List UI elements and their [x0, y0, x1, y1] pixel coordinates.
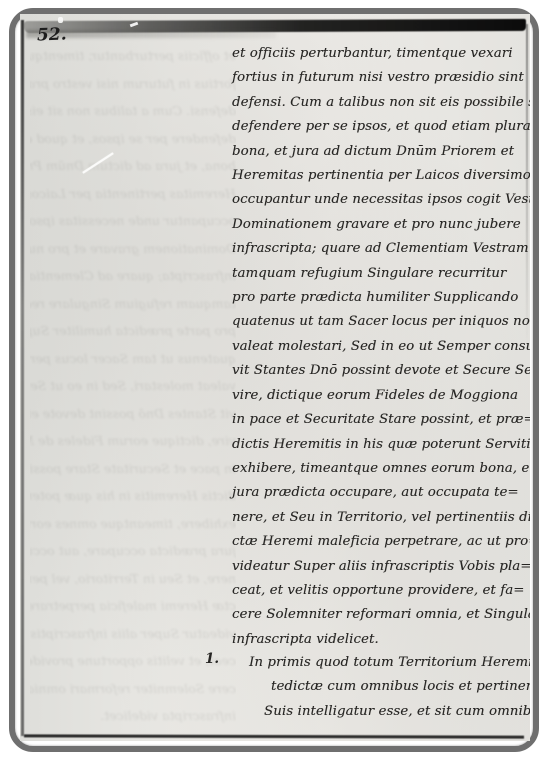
bleed-through-line: dictis Heremitis in his quæ poterunt Ser…	[30, 482, 236, 510]
text-line: cere Solemniter reformari omnia, et Sing…	[232, 603, 526, 627]
text-line: jura prædicta occupare, aut occupata te=	[232, 481, 526, 505]
item-text-line: Suis intelligatur esse, et sit cum omnib…	[264, 700, 527, 724]
text-line: ctæ Heremi maleficia perpetrare, ac ut p…	[232, 530, 526, 554]
text-line: valeat molestari, Sed in eo ut Semper co…	[232, 335, 526, 359]
bleed-through-line: Dominationem gravare et pro nunc jubere	[30, 235, 236, 263]
text-line: defensi. Cum a talibus non sit eis possi…	[232, 91, 526, 115]
bleed-through-line: infrascripta videlicet.	[30, 702, 236, 730]
text-line: pro parte prædicta humiliter Supplicando	[232, 286, 526, 310]
text-line: ceat, et velitis opportune providere, et…	[232, 579, 526, 603]
text-line: exhibere, timeantque omnes eorum bona, e…	[232, 457, 526, 481]
bleed-through-line: fortius in futurum nisi vestro præsidio …	[30, 70, 236, 98]
text-line: tamquam refugium Singulare recurritur	[232, 262, 526, 286]
bleed-through-line: occupantur unde necessitas ipsos cogit V…	[30, 207, 236, 235]
text-line: fortius in futurum nisi vestro præsidio …	[232, 66, 526, 90]
bleed-through-line: in pace et Securitate Stare possint, et …	[30, 455, 236, 483]
bleed-through-line: quatenus ut tam Sacer locus per iniquos …	[30, 345, 236, 373]
scratch-mark	[82, 152, 113, 173]
text-line: vire, dictique eorum Fideles de Moggiona	[232, 384, 526, 408]
bleed-through-line: pro parte prædicta humiliter Supplicando	[30, 317, 236, 345]
text-line: in pace et Securitate Stare possint, et …	[232, 408, 526, 432]
bleed-through-line: exhibere, timeantque omnes eorum bona, e…	[30, 510, 236, 538]
bleed-through-line: infrascripta; quare ad Clementiam Vestra…	[30, 262, 236, 290]
text-line: bona, et jura ad dictum Dnūm Priorem et	[232, 140, 526, 164]
text-line: Dominationem gravare et pro nunc jubere	[232, 213, 526, 237]
text-line: nere, et Seu in Territorio, vel pertinen…	[232, 506, 526, 530]
bleed-through-line: vit Stantes Dnō possint devote et Secure…	[30, 400, 236, 428]
item-text-line: In primis quod totum Territorium Heremi …	[249, 651, 527, 675]
page-left-edge-shadow	[21, 20, 24, 736]
bleed-through-line: jura prædicta occupare, aut occupata te=	[30, 537, 236, 565]
bleed-through-line: tamquam refugium Singulare recurritur	[30, 290, 236, 318]
item-text-line: tedictæ cum omnibus locis et pertinentii…	[271, 675, 527, 699]
bleed-through-line: videatur Super aliis infrascriptis Vobis…	[30, 620, 236, 648]
text-line: infrascripta videlicet.	[232, 628, 526, 652]
text-line: occupantur unde necessitas ipsos cogit V…	[232, 188, 526, 212]
page-number: 52.	[37, 24, 67, 45]
bleed-through-line: defensi. Cum a talibus non sit eis possi…	[30, 97, 236, 125]
bleed-through-line: et officiis perturbantur, timentque vexa…	[30, 42, 236, 70]
scratch-mark	[58, 17, 63, 23]
manuscript-text-block: et officiis perturbantur, timentque vexa…	[232, 42, 526, 652]
bleed-through-line: vire, dictique eorum Fideles de Moggiona	[30, 427, 236, 455]
page-right-crease	[526, 24, 528, 344]
page-bottom-edge-shadow	[24, 734, 524, 738]
text-line: defendere per se ipsos, et quod etiam pl…	[232, 115, 526, 139]
text-line: dictis Heremitis in his quæ poterunt Ser…	[232, 433, 526, 457]
bleed-through-text: et officiis perturbantur, timentque vexa…	[30, 42, 236, 734]
bleed-through-line: nere, et Seu in Territorio, vel pertinen…	[30, 565, 236, 593]
bleed-through-line: Heremitas pertinentia per Laicos diversi…	[30, 180, 236, 208]
bleed-through-line: ctæ Heremi maleficia perpetrare, ac ut p…	[30, 592, 236, 620]
text-line: et officiis perturbantur, timentque vexa…	[232, 42, 526, 66]
text-line: infrascripta; quare ad Clementiam Vestra…	[232, 237, 526, 261]
text-line: quatenus ut tam Sacer locus per iniquos …	[232, 310, 526, 334]
item-number: 1.	[205, 651, 219, 667]
item-text-block: In primis quod totum Territorium Heremi …	[249, 651, 527, 724]
text-line: videatur Super aliis infrascriptis Vobis…	[232, 555, 526, 579]
bleed-through-line: cere Solemniter reformari omnia, et Sing…	[30, 675, 236, 703]
text-line: Heremitas pertinentia per Laicos diversi…	[232, 164, 526, 188]
bleed-through-line: valeat molestari, Sed in eo ut Semper co…	[30, 372, 236, 400]
scanned-manuscript-photo: 52. et officiis perturbantur, timentque …	[0, 0, 549, 760]
text-line: vit Stantes Dnō possint devote et Secure…	[232, 359, 526, 383]
bleed-through-line: defendere per se ipsos, et quod etiam pl…	[30, 125, 236, 153]
bleed-through-line: bona, et jura ad dictum Dnūm Priorem et	[30, 152, 236, 180]
manuscript-page: 52. et officiis perturbantur, timentque …	[20, 14, 530, 741]
